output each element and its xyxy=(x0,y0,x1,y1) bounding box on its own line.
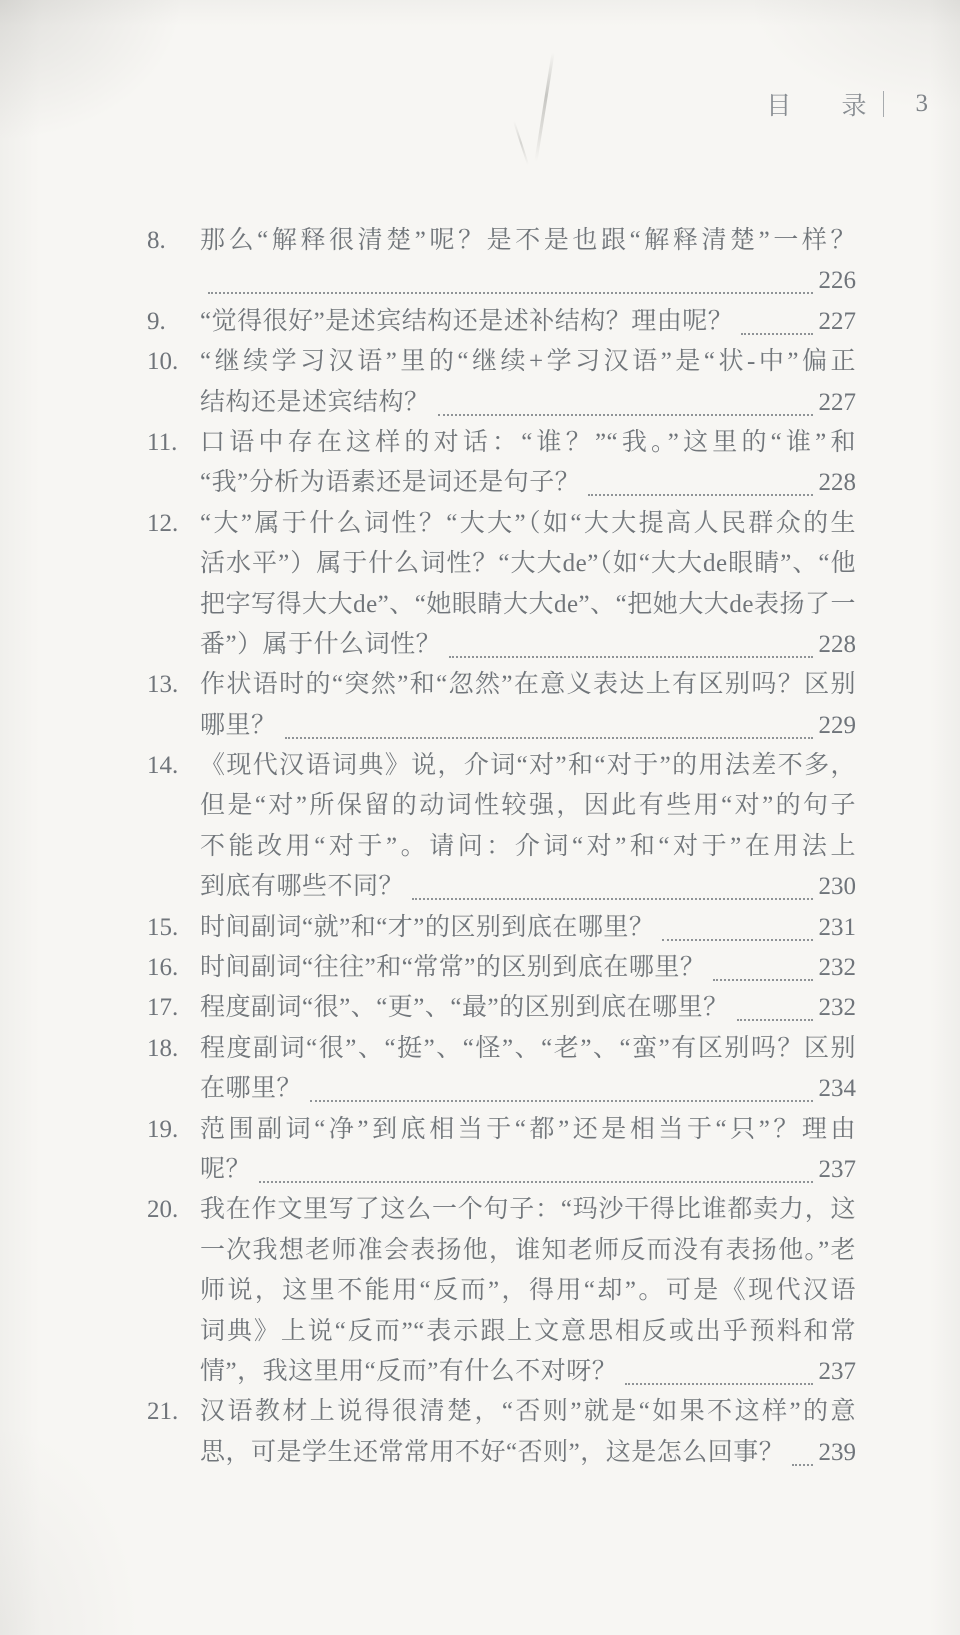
toc-item-tail-text: 思，可是学生还常常用不好“否则”，这是怎么回事？ xyxy=(200,1433,784,1473)
toc-item-tail-text: 番”）属于什么词性？ xyxy=(200,625,441,665)
toc-page-number: 227 xyxy=(819,302,857,342)
toc-item-text-line: 那么“解释很清楚”呢？是不是也跟“解释清楚”一样？ xyxy=(200,221,856,261)
toc-item-number: 17. xyxy=(147,988,197,1028)
toc-item-text-line: 口语中存在这样的对话：“谁？”“我。”这里的“谁”和 xyxy=(200,423,856,463)
toc-item-text-line: 程度副词“很”、“挺”、“怪”、“老”、“蛮”有区别吗？区别 xyxy=(200,1029,856,1069)
toc-item-number: 18. xyxy=(147,1029,197,1069)
toc-item-tail-text: 到底有哪些不同？ xyxy=(200,867,404,907)
toc-item-text-line: 不能改用“对于”。请问：介词“对”和“对于”在用法上 xyxy=(200,827,856,867)
toc-item-tail-text: 程度副词“很”、“更”、“最”的区别到底在哪里？ xyxy=(200,988,729,1028)
toc-page-number: 234 xyxy=(819,1069,857,1109)
toc-item-text-line: 《现代汉语词典》说，介词“对”和“对于”的用法差不多， xyxy=(200,746,856,786)
scan-crease-mark xyxy=(534,52,554,161)
toc-item-tail-text: 结构还是述宾结构？ xyxy=(200,383,430,423)
toc-page-number: 231 xyxy=(819,908,857,948)
toc-item-text-line: “大”属于什么词性？“大大”（如“大大提高人民群众的生 xyxy=(200,504,856,544)
toc-page-number: 239 xyxy=(819,1433,857,1473)
dot-leader xyxy=(792,1433,812,1466)
dot-leader xyxy=(208,261,813,294)
toc-page-number: 228 xyxy=(819,625,857,665)
scan-crease-mark-small xyxy=(513,121,529,165)
toc-item-number: 11. xyxy=(147,423,197,463)
toc-item-number: 20. xyxy=(147,1190,197,1230)
toc-item-tail-line: 哪里？229 xyxy=(200,706,856,746)
toc-item-tail-line: 思，可是学生还常常用不好“否则”，这是怎么回事？239 xyxy=(200,1433,856,1473)
toc-item-number: 19. xyxy=(147,1110,197,1150)
toc-header-title: 目 录 xyxy=(766,86,888,122)
toc-item-tail-text: “觉得很好”是述宾结构还是述补结构？理由呢？ xyxy=(200,302,733,342)
toc-page-number: 237 xyxy=(819,1352,857,1392)
dot-leader xyxy=(625,1352,812,1385)
toc-item-text-line: 汉语教材上说得很清楚，“否则”就是“如果不这样”的意 xyxy=(200,1392,856,1432)
toc-item-tail-text: 哪里？ xyxy=(200,706,277,746)
dot-leader xyxy=(412,867,812,900)
dot-leader xyxy=(713,948,812,981)
toc-page-number: 232 xyxy=(819,948,857,988)
toc-item: 19.范围副词“净”到底相当于“都”还是相当于“只”？理由呢？237 xyxy=(200,1110,856,1191)
toc-item-text-line: 把字写得大大de”、“她眼睛大大de”、“把她大大de表扬了一 xyxy=(200,585,856,625)
toc-item-tail-line: “我”分析为语素还是词还是句子？228 xyxy=(200,463,856,503)
toc-item-number: 13. xyxy=(147,665,197,705)
toc-item: 21.汉语教材上说得很清楚，“否则”就是“如果不这样”的意思，可是学生还常常用不… xyxy=(200,1392,856,1473)
toc-list: 8.那么“解释很清楚”呢？是不是也跟“解释清楚”一样？2269.“觉得很好”是述… xyxy=(200,221,856,1473)
header-divider-line xyxy=(883,91,884,117)
toc-item-text-line: 我在作文里写了这么一个句子：“玛沙干得比谁都卖力，这 xyxy=(200,1190,856,1230)
toc-item: 20.我在作文里写了这么一个句子：“玛沙干得比谁都卖力，这一次我想老师准会表扬他… xyxy=(200,1190,856,1392)
dot-leader xyxy=(662,908,812,941)
toc-item: 9.“觉得很好”是述宾结构还是述补结构？理由呢？227 xyxy=(200,302,856,342)
toc-item: 13.作状语时的“突然”和“忽然”在意义表达上有区别吗？区别在哪里？229 xyxy=(200,665,856,746)
toc-page-number: 230 xyxy=(819,867,857,907)
toc-page-number: 227 xyxy=(819,383,857,423)
toc-item-number: 16. xyxy=(147,948,197,988)
toc-item-tail-text: 情”，我这里用“反而”有什么不对呀？ xyxy=(200,1352,617,1392)
toc-page-number: 228 xyxy=(819,463,857,503)
toc-item-tail-text: 时间副词“就”和“才”的区别到底在哪里？ xyxy=(200,908,654,948)
dot-leader xyxy=(310,1069,812,1102)
toc-item-text-line: 但是“对”所保留的动词性较强，因此有些用“对”的句子 xyxy=(200,786,856,826)
dot-leader xyxy=(438,383,813,416)
dot-leader xyxy=(259,1150,812,1183)
toc-item-tail-text: “我”分析为语素还是词还是句子？ xyxy=(200,463,580,503)
dot-leader xyxy=(588,463,812,496)
header-page-number: 3 xyxy=(916,90,929,118)
toc-item-tail-line: “觉得很好”是述宾结构还是述补结构？理由呢？227 xyxy=(200,302,856,342)
toc-page-number: 229 xyxy=(819,706,857,746)
toc-item: 10.“继续学习汉语”里的“继续+学习汉语”是“状-中”偏正结构还是述宾结构？2… xyxy=(200,342,856,423)
toc-item: 14.《现代汉语词典》说，介词“对”和“对于”的用法差不多，但是“对”所保留的动… xyxy=(200,746,856,908)
toc-item: 16.时间副词“往往”和“常常”的区别到底在哪里？232 xyxy=(200,948,856,988)
page-header: 目 录 3 xyxy=(766,86,928,122)
toc-item: 18.程度副词“很”、“挺”、“怪”、“老”、“蛮”有区别吗？区别在哪里？234 xyxy=(200,1029,856,1110)
toc-item-number: 10. xyxy=(147,342,197,382)
toc-item-tail-line: 结构还是述宾结构？227 xyxy=(200,383,856,423)
toc-item-number: 21. xyxy=(147,1392,197,1432)
toc-item-tail-line: 226 xyxy=(200,261,856,301)
toc-item: 8.那么“解释很清楚”呢？是不是也跟“解释清楚”一样？226 xyxy=(200,221,856,302)
toc-item-text-line: 作状语时的“突然”和“忽然”在意义表达上有区别吗？区别在 xyxy=(200,665,856,705)
toc-item-tail-line: 情”，我这里用“反而”有什么不对呀？237 xyxy=(200,1352,856,1392)
dot-leader xyxy=(449,625,812,658)
toc-item-tail-line: 在哪里？234 xyxy=(200,1069,856,1109)
toc-item-number: 12. xyxy=(147,504,197,544)
toc-item-number: 8. xyxy=(147,221,197,261)
toc-item-tail-line: 时间副词“往往”和“常常”的区别到底在哪里？232 xyxy=(200,948,856,988)
toc-item-tail-line: 程度副词“很”、“更”、“最”的区别到底在哪里？232 xyxy=(200,988,856,1028)
toc-item: 15.时间副词“就”和“才”的区别到底在哪里？231 xyxy=(200,908,856,948)
toc-item-tail-line: 到底有哪些不同？230 xyxy=(200,867,856,907)
toc-item-number: 15. xyxy=(147,908,197,948)
toc-page-number: 226 xyxy=(819,261,857,301)
dot-leader xyxy=(741,302,812,335)
toc-item-text-line: 一次我想老师准会表扬他，谁知老师反而没有表扬他。”老 xyxy=(200,1231,856,1271)
toc-item: 11.口语中存在这样的对话：“谁？”“我。”这里的“谁”和“我”分析为语素还是词… xyxy=(200,423,856,504)
toc-item-tail-text: 呢？ xyxy=(200,1150,251,1190)
toc-item: 17.程度副词“很”、“更”、“最”的区别到底在哪里？232 xyxy=(200,988,856,1028)
toc-item-number: 14. xyxy=(147,746,197,786)
dot-leader xyxy=(285,706,813,739)
toc-item-text-line: 词典》上说“反而”“表示跟上文意思相反或出乎预料和常 xyxy=(200,1312,856,1352)
toc-item-text-line: 师说，这里不能用“反而”，得用“却”。可是《现代汉语 xyxy=(200,1271,856,1311)
toc-item-text-line: “继续学习汉语”里的“继续+学习汉语”是“状-中”偏正 xyxy=(200,342,856,382)
toc-item: 12.“大”属于什么词性？“大大”（如“大大提高人民群众的生活水平”）属于什么词… xyxy=(200,504,856,666)
toc-item-tail-text: 时间副词“往往”和“常常”的区别到底在哪里？ xyxy=(200,948,705,988)
toc-page-number: 237 xyxy=(819,1150,857,1190)
toc-item-number: 9. xyxy=(147,302,197,342)
toc-page-number: 232 xyxy=(819,988,857,1028)
toc-item-tail-line: 呢？237 xyxy=(200,1150,856,1190)
dot-leader xyxy=(737,988,813,1021)
toc-item-text-line: 活水平”）属于什么词性？“大大de”（如“大大de眼睛”、“他 xyxy=(200,544,856,584)
toc-item-tail-line: 番”）属于什么词性？228 xyxy=(200,625,856,665)
toc-item-tail-text: 在哪里？ xyxy=(200,1069,302,1109)
toc-item-tail-line: 时间副词“就”和“才”的区别到底在哪里？231 xyxy=(200,908,856,948)
toc-item-text-line: 范围副词“净”到底相当于“都”还是相当于“只”？理由 xyxy=(200,1110,856,1150)
